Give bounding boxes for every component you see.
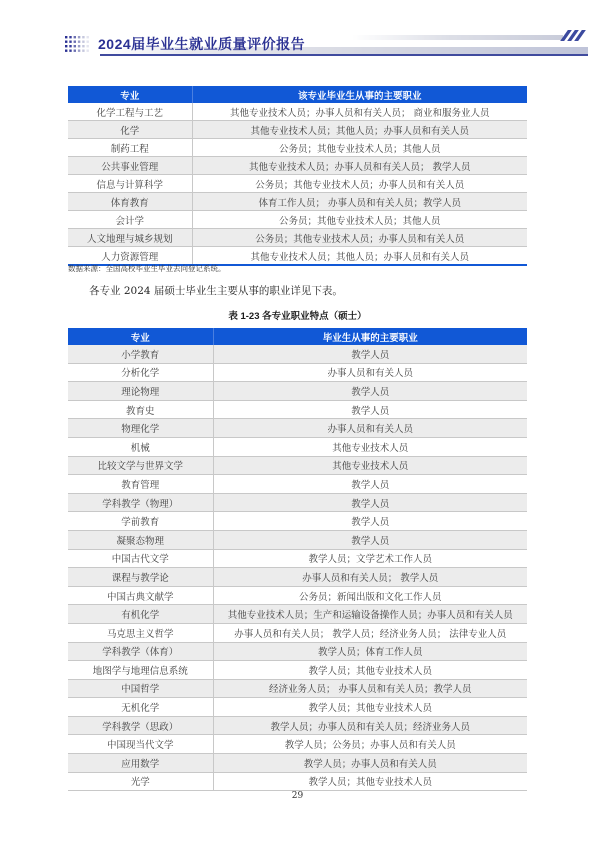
table-row: 会计学公务员；其他专业技术人员；其他人员 (68, 211, 527, 229)
cell-major: 公共事业管理 (68, 157, 192, 175)
cell-jobs: 教学人员；其他专业技术人员 (213, 772, 527, 791)
cell-jobs: 教学人员 (213, 512, 527, 531)
cell-major: 中国古典文献学 (68, 586, 213, 605)
cell-major: 小学教育 (68, 345, 213, 363)
table-row: 有机化学其他专业技术人员；生产和运输设备操作人员；办事人员和有关人员 (68, 605, 527, 624)
table-row: 机械其他专业技术人员 (68, 437, 527, 456)
cell-jobs: 教学人员 (213, 493, 527, 512)
table-row: 光学教学人员；其他专业技术人员 (68, 772, 527, 791)
cell-jobs: 公务员；其他专业技术人员；其他人员 (192, 139, 527, 157)
table-row: 中国古代文学教学人员；文学艺术工作人员 (68, 549, 527, 568)
column-header-jobs: 该专业毕业生从事的主要职业 (192, 86, 527, 103)
cell-jobs: 公务员；新闻出版和文化工作人员 (213, 586, 527, 605)
cell-major: 光学 (68, 772, 213, 791)
cell-major: 物理化学 (68, 419, 213, 438)
table-row: 物理化学办事人员和有关人员 (68, 419, 527, 438)
cell-jobs: 办事人员和有关人员； 教学人员；经济业务人员； 法律专业人员 (213, 623, 527, 642)
cell-major: 应用数学 (68, 754, 213, 773)
cell-major: 会计学 (68, 211, 192, 229)
header-accent-bar (352, 35, 563, 40)
table-row: 小学教育教学人员 (68, 345, 527, 363)
table-row: 应用数学教学人员；办事人员和有关人员 (68, 754, 527, 773)
cell-major: 教育史 (68, 400, 213, 419)
table-row: 地图学与地理信息系统教学人员；其他专业技术人员 (68, 661, 527, 680)
table-caption: 表 1-23 各专业职业特点（硕士） (68, 308, 527, 322)
cell-jobs: 其他专业技术人员；办事人员和有关人员； 教学人员 (192, 157, 527, 175)
table-row: 马克思主义哲学办事人员和有关人员； 教学人员；经济业务人员； 法律专业人员 (68, 623, 527, 642)
cell-jobs: 教学人员 (213, 345, 527, 363)
table-row: 比较文学与世界文学其他专业技术人员 (68, 456, 527, 475)
cell-jobs: 办事人员和有关人员 (213, 363, 527, 382)
cell-jobs: 教学人员；办事人员和有关人员；经济业务人员 (213, 716, 527, 735)
table-row: 教育管理教学人员 (68, 475, 527, 494)
cell-major: 分析化学 (68, 363, 213, 382)
cell-major: 马克思主义哲学 (68, 623, 213, 642)
table-header-row: 专业 毕业生从事的主要职业 (68, 328, 527, 345)
cell-jobs: 教学人员；其他专业技术人员 (213, 661, 527, 680)
cell-major: 凝聚态物理 (68, 530, 213, 549)
cell-jobs: 其他专业技术人员 (213, 437, 527, 456)
column-header-jobs: 毕业生从事的主要职业 (213, 328, 527, 345)
cell-major: 制药工程 (68, 139, 192, 157)
body-paragraph: 各专业 2024 届硕士毕业生主要从事的职业详见下表。 (68, 284, 527, 299)
column-header-major: 专业 (68, 328, 213, 345)
table-row: 化学工程与工艺其他专业技术人员；办事人员和有关人员； 商业和服务业人员 (68, 103, 527, 121)
cell-major: 教育管理 (68, 475, 213, 494)
table-header-row: 专业 该专业毕业生从事的主要职业 (68, 86, 527, 103)
cell-jobs: 其他专业技术人员；生产和运输设备操作人员；办事人员和有关人员 (213, 605, 527, 624)
table-row: 中国古典文献学公务员；新闻出版和文化工作人员 (68, 586, 527, 605)
cell-jobs: 教学人员；文学艺术工作人员 (213, 549, 527, 568)
column-header-major: 专业 (68, 86, 192, 103)
cell-major: 化学 (68, 121, 192, 139)
cell-jobs: 公务员；其他专业技术人员；办事人员和有关人员 (192, 229, 527, 247)
dots-grid-icon (65, 36, 89, 52)
table-row: 中国哲学经济业务人员； 办事人员和有关人员；教学人员 (68, 679, 527, 698)
report-page: 2024届毕业生就业质量评价报告 专业 该专业毕业生从事的主要职业 化学工程与工… (0, 0, 595, 842)
cell-jobs: 教学人员 (213, 475, 527, 494)
table-row: 人文地理与城乡规划公务员；其他专业技术人员；办事人员和有关人员 (68, 229, 527, 247)
table-row: 体育教育体育工作人员； 办事人员和有关人员；教学人员 (68, 193, 527, 211)
cell-jobs: 教学人员；办事人员和有关人员 (213, 754, 527, 773)
data-source-note: 数据来源：全国高校毕业生毕业去向登记系统。 (68, 263, 527, 274)
cell-jobs: 教学人员 (213, 400, 527, 419)
triple-slash-icon (564, 30, 582, 42)
table-row: 化学其他专业技术人员；其他人员；办事人员和有关人员 (68, 121, 527, 139)
cell-jobs: 教学人员；体育工作人员 (213, 642, 527, 661)
table-row: 分析化学办事人员和有关人员 (68, 363, 527, 382)
cell-major: 机械 (68, 437, 213, 456)
cell-major: 中国哲学 (68, 679, 213, 698)
table-row: 学科教学（物理）教学人员 (68, 493, 527, 512)
page-number: 29 (0, 791, 595, 801)
cell-major: 学前教育 (68, 512, 213, 531)
cell-jobs: 其他专业技术人员；办事人员和有关人员； 商业和服务业人员 (192, 103, 527, 121)
cell-major: 中国现当代文学 (68, 735, 213, 754)
cell-major: 地图学与地理信息系统 (68, 661, 213, 680)
table-row: 学前教育教学人员 (68, 512, 527, 531)
cell-major: 体育教育 (68, 193, 192, 211)
cell-jobs: 其他专业技术人员；其他人员；办事人员和有关人员 (192, 121, 527, 139)
table-row: 教育史教学人员 (68, 400, 527, 419)
cell-jobs: 教学人员 (213, 530, 527, 549)
table-row: 制药工程公务员；其他专业技术人员；其他人员 (68, 139, 527, 157)
table-row: 无机化学教学人员；其他专业技术人员 (68, 698, 527, 717)
cell-major: 中国古代文学 (68, 549, 213, 568)
table-row: 中国现当代文学教学人员；公务员；办事人员和有关人员 (68, 735, 527, 754)
table-row: 理论物理教学人员 (68, 382, 527, 401)
major-occupation-table-bachelor: 专业 该专业毕业生从事的主要职业 化学工程与工艺其他专业技术人员；办事人员和有关… (68, 86, 527, 266)
cell-jobs: 公务员；其他专业技术人员；办事人员和有关人员 (192, 175, 527, 193)
table-row: 凝聚态物理教学人员 (68, 530, 527, 549)
cell-jobs: 办事人员和有关人员 (213, 419, 527, 438)
cell-major: 课程与教学论 (68, 568, 213, 587)
cell-major: 学科教学（物理） (68, 493, 213, 512)
table-row: 公共事业管理其他专业技术人员；办事人员和有关人员； 教学人员 (68, 157, 527, 175)
cell-major: 信息与计算科学 (68, 175, 192, 193)
cell-jobs: 体育工作人员； 办事人员和有关人员；教学人员 (192, 193, 527, 211)
cell-jobs: 办事人员和有关人员； 教学人员 (213, 568, 527, 587)
cell-major: 理论物理 (68, 382, 213, 401)
cell-jobs: 其他专业技术人员 (213, 456, 527, 475)
table-row: 学科教学（思政）教学人员；办事人员和有关人员；经济业务人员 (68, 716, 527, 735)
report-header-title: 2024届毕业生就业质量评价报告 (98, 34, 305, 54)
table-row: 学科教学（体育）教学人员；体育工作人员 (68, 642, 527, 661)
cell-major: 学科教学（思政） (68, 716, 213, 735)
cell-jobs: 教学人员；其他专业技术人员 (213, 698, 527, 717)
major-occupation-table-master: 专业 毕业生从事的主要职业 小学教育教学人员分析化学办事人员和有关人员理论物理教… (68, 328, 527, 791)
cell-jobs: 经济业务人员； 办事人员和有关人员；教学人员 (213, 679, 527, 698)
table-row: 信息与计算科学公务员；其他专业技术人员；办事人员和有关人员 (68, 175, 527, 193)
cell-major: 人文地理与城乡规划 (68, 229, 192, 247)
cell-major: 有机化学 (68, 605, 213, 624)
cell-jobs: 教学人员 (213, 382, 527, 401)
cell-jobs: 公务员；其他专业技术人员；其他人员 (192, 211, 527, 229)
table-row: 课程与教学论办事人员和有关人员； 教学人员 (68, 568, 527, 587)
cell-major: 比较文学与世界文学 (68, 456, 213, 475)
cell-major: 学科教学（体育） (68, 642, 213, 661)
cell-major: 无机化学 (68, 698, 213, 717)
cell-jobs: 教学人员；公务员；办事人员和有关人员 (213, 735, 527, 754)
cell-major: 化学工程与工艺 (68, 103, 192, 121)
